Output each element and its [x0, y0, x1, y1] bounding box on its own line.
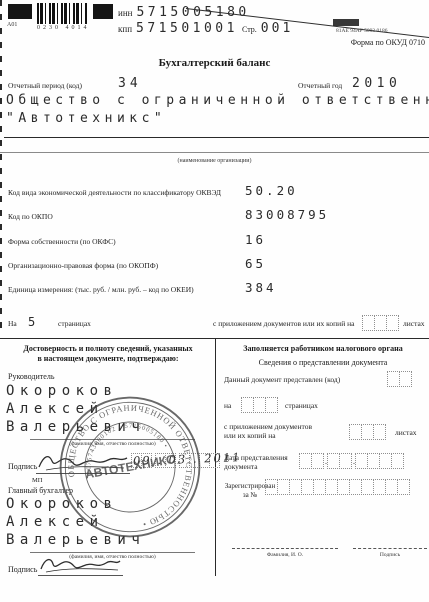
- officer-fio-label: Фамилия, И. О.: [232, 552, 338, 558]
- confirmation-header-line2: в настоящем документе, подтверждаю:: [8, 354, 208, 364]
- kpp-row: кпп 571501001 Стр. 001: [118, 19, 293, 37]
- attachments-sheets-cells: [363, 315, 399, 331]
- doc-code-cells: [388, 371, 412, 387]
- kpp-label: кпп: [118, 24, 132, 34]
- confirmation-header-line1: Достоверность и полноту сведений, указан…: [8, 344, 208, 354]
- mp-label: МП: [32, 477, 42, 484]
- company-round-stamp: ОБЩЕСТВО С ОГРАНИЧЕННОЙ ОТВЕТСТВЕННОСТЬЮ…: [43, 380, 217, 554]
- registration-black-square: [8, 4, 32, 19]
- field-okved-value: 50.20: [245, 183, 298, 198]
- rc-pages-cells: [242, 397, 278, 413]
- accountant-sign-label: Подпись: [8, 565, 37, 574]
- attachments-suffix: листах: [403, 319, 425, 328]
- report-period-label: Отчетный период (код): [8, 81, 82, 90]
- field-okopf-value: 65: [245, 256, 266, 271]
- field-okfs-value: 16: [245, 232, 266, 247]
- field-okei-value: 384: [245, 280, 277, 295]
- pages-count: 5: [28, 315, 35, 329]
- report-year-label: Отчетный год: [298, 81, 342, 90]
- pages-on-label: На: [8, 319, 17, 328]
- pages-suffix-label: страницах: [58, 319, 91, 328]
- tax-officer-header: Заполняется работником налогового органа: [222, 344, 424, 353]
- field-okfs-label: Форма собственности (по ОКФС): [8, 237, 240, 246]
- attachments-label: с приложением документов или их копий на: [213, 319, 354, 328]
- officer-sign-label: Подпись: [353, 552, 427, 558]
- doc-code-label: Данный документ представлен (код): [224, 375, 384, 384]
- inn-value: 5715005180: [136, 5, 249, 20]
- field-okpo-value: 83008795: [245, 207, 329, 222]
- rc-on-label: на: [224, 401, 231, 410]
- accountant-signature: [38, 553, 123, 576]
- head-role-label: Руководитель: [8, 372, 54, 381]
- org-name-line1: Общество с ограниченной ответственностью: [6, 93, 429, 108]
- rc-attach-label: с приложением документов или их копий на: [224, 422, 346, 440]
- corner-code: А01: [7, 22, 17, 28]
- org-name-rule: [0, 152, 429, 153]
- barcode-digits: 0230 4014: [37, 25, 90, 31]
- scan-edge-artifact: [0, 0, 2, 330]
- rc-attach-label-line2: или их копий на: [224, 431, 346, 440]
- stamp-center-text: АВТОТЕХНИКС: [84, 452, 176, 482]
- rc-reg-number-cells: [266, 479, 410, 495]
- report-year-value: 2010: [352, 76, 401, 91]
- org-name-rule: [4, 137, 429, 138]
- rc-attach-suffix: листах: [395, 428, 417, 437]
- field-okpo-label: Код по ОКПО: [8, 212, 240, 221]
- field-okei-label: Единица измерения: (тыс. руб. / млн. руб…: [8, 285, 240, 294]
- org-name-line2: "Автотехникс": [6, 111, 166, 126]
- rc-attach-cells: [350, 424, 386, 440]
- field-okved-label: Код вида экономической деятельности по к…: [8, 188, 240, 197]
- page-label: Стр.: [242, 25, 257, 34]
- page-title: Бухгалтерский баланс: [0, 57, 429, 69]
- report-period-value: 34: [118, 76, 142, 91]
- scan-smudge: [333, 19, 359, 26]
- hash-code: 81AE 94AF 5093 0186: [336, 28, 388, 34]
- rc-pages-label: страницах: [285, 401, 318, 410]
- officer-fio-line: [232, 548, 338, 549]
- inn-label: инн: [118, 8, 132, 18]
- officer-sign-line: [353, 548, 427, 549]
- rc-attach-label-line1: с приложением документов: [224, 422, 346, 431]
- okud-label: Форма по ОКУД 0710: [351, 38, 425, 47]
- field-okopf-label: Организационно-правовая форма (по ОКОПФ): [8, 261, 240, 270]
- head-sign-label: Подпись: [8, 462, 37, 471]
- scanned-balance-form: А01 0230 4014 инн 5715005180 кпп 5715010…: [0, 0, 429, 602]
- submission-subheader: Сведения о представлении документа: [222, 358, 424, 367]
- confirmation-header: Достоверность и полноту сведений, указан…: [8, 344, 208, 364]
- registration-black-square: [93, 4, 113, 19]
- org-name-caption: (наименование организации): [0, 158, 429, 164]
- form-barcode: [37, 3, 87, 24]
- kpp-value: 571501001: [136, 21, 238, 36]
- page-value: 001: [261, 21, 293, 36]
- rc-date-cells: . .: [300, 453, 404, 469]
